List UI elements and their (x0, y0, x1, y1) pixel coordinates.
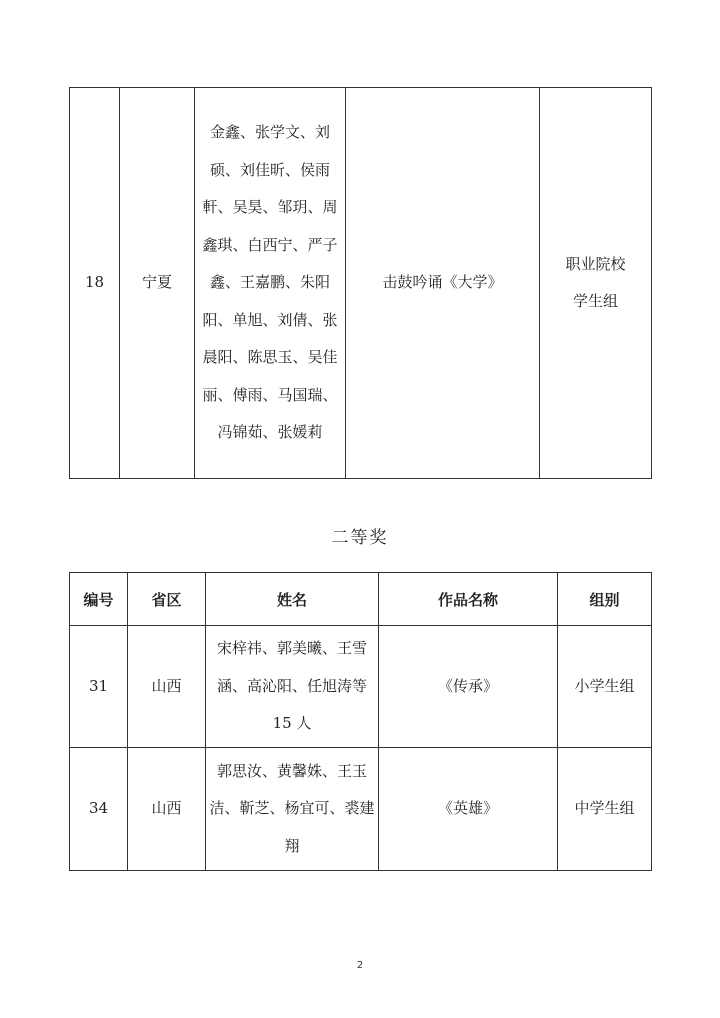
first-prize-table-continued: 18 宁夏 金鑫、张学文、刘硕、刘佳昕、侯雨軒、吴昊、邹玥、周鑫琪、白西宁、严子… (69, 87, 652, 479)
table-row: 31 山西 宋梓祎、郭美曦、王雪涵、高沁阳、任旭涛等 15 人 《传承》 小学生… (70, 626, 652, 748)
entry-group: 中学生组 (558, 748, 652, 871)
entry-number: 34 (70, 748, 128, 871)
entry-province: 宁夏 (120, 88, 195, 479)
entry-number: 31 (70, 626, 128, 748)
second-prize-table: 编号 省区 姓名 作品名称 组别 31 山西 宋梓祎、郭美曦、王雪涵、高沁阳、任… (69, 572, 652, 871)
entry-number: 18 (70, 88, 120, 479)
entry-names: 郭思汝、黄馨姝、王玉洁、靳芝、杨宜可、裘建翔 (206, 748, 379, 871)
header-number: 编号 (70, 573, 128, 626)
table-row: 34 山西 郭思汝、黄馨姝、王玉洁、靳芝、杨宜可、裘建翔 《英雄》 中学生组 (70, 748, 652, 871)
entry-group: 职业院校 学生组 (540, 88, 652, 479)
table-header-row: 编号 省区 姓名 作品名称 组别 (70, 573, 652, 626)
page-number: 2 (0, 960, 720, 971)
header-work-title: 作品名称 (379, 573, 558, 626)
entry-group-line2: 学生组 (540, 283, 651, 321)
entry-work-title: 《传承》 (379, 626, 558, 748)
entry-group: 小学生组 (558, 626, 652, 748)
entry-province: 山西 (128, 748, 206, 871)
entry-group-line1: 职业院校 (540, 246, 651, 284)
entry-names: 宋梓祎、郭美曦、王雪涵、高沁阳、任旭涛等 15 人 (206, 626, 379, 748)
entry-names: 金鑫、张学文、刘硕、刘佳昕、侯雨軒、吴昊、邹玥、周鑫琪、白西宁、严子鑫、王嘉鹏、… (195, 88, 346, 479)
table-row: 18 宁夏 金鑫、张学文、刘硕、刘佳昕、侯雨軒、吴昊、邹玥、周鑫琪、白西宁、严子… (70, 88, 652, 479)
header-names: 姓名 (206, 573, 379, 626)
header-province: 省区 (128, 573, 206, 626)
section-title: 二等奖 (0, 523, 720, 548)
entry-work-title: 击鼓吟诵《大学》 (346, 88, 540, 479)
entry-work-title: 《英雄》 (379, 748, 558, 871)
entry-province: 山西 (128, 626, 206, 748)
header-group: 组别 (558, 573, 652, 626)
